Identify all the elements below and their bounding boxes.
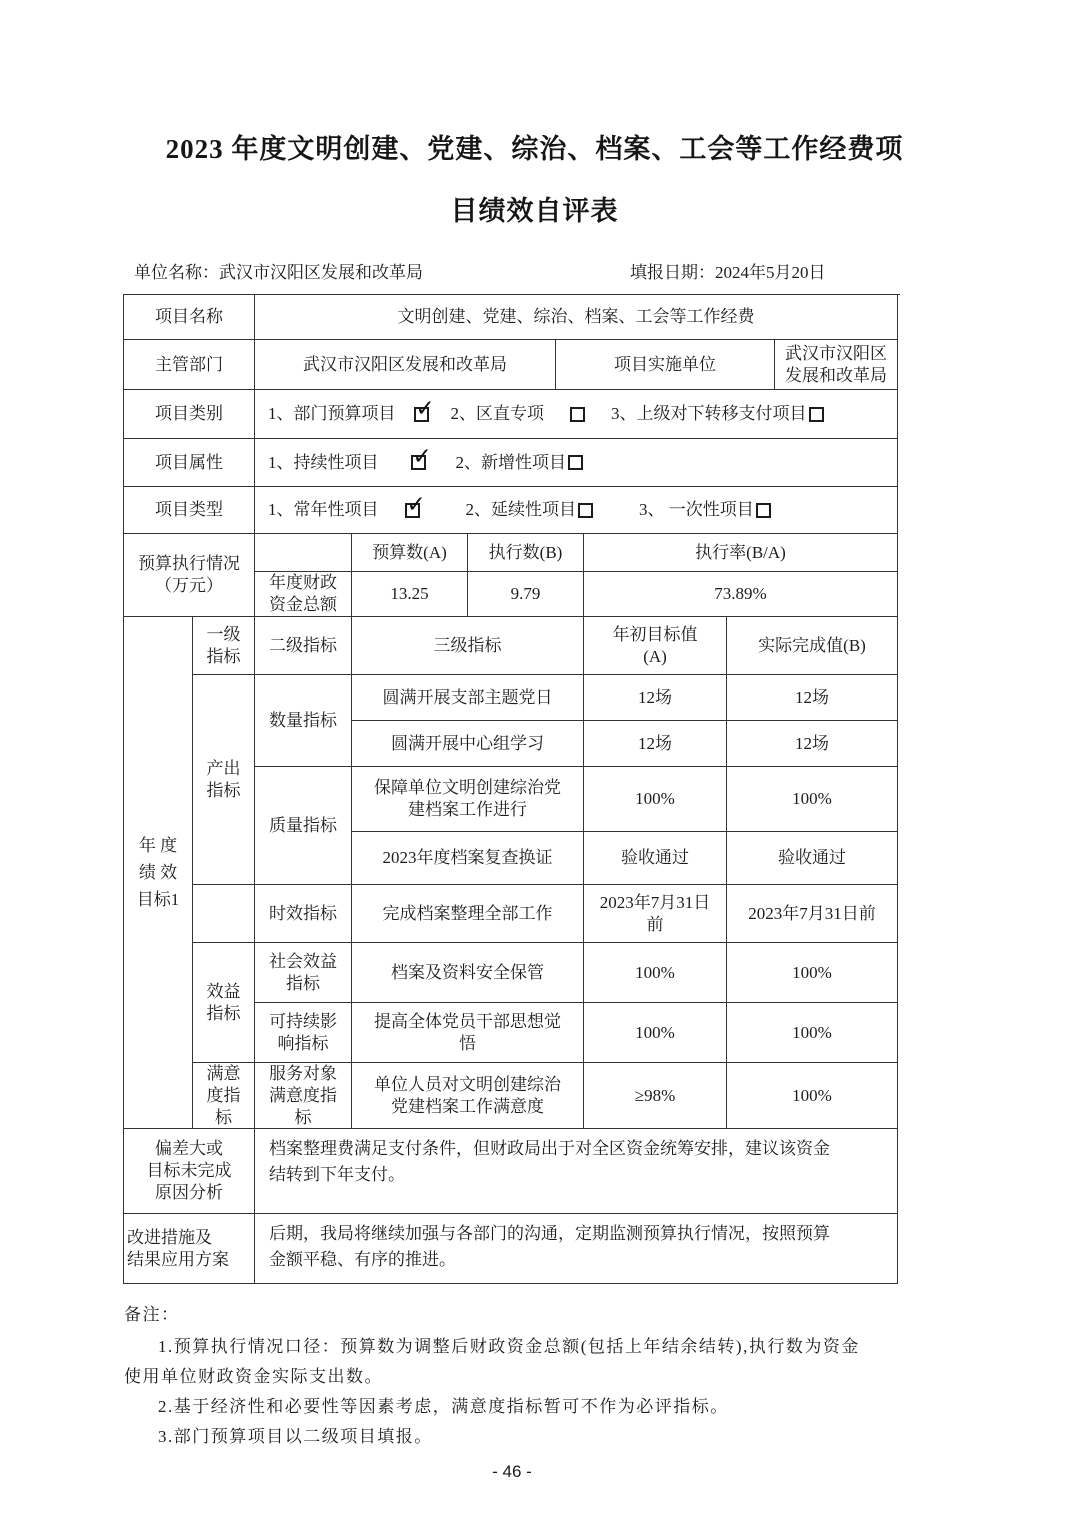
indicator-actual: 100% — [727, 1063, 898, 1129]
level2-time: 时效指标 — [255, 885, 352, 943]
remark-item-1: 1.预算执行情况口径：预算数为调整后财政资金总额(包括上年结余结转),执行数为资… — [124, 1332, 900, 1392]
header-target: 年初目标值 (A) — [584, 617, 727, 675]
document-title: 2023 年度文明创建、党建、综治、档案、工会等工作经费项 目绩效自评表 — [125, 118, 945, 242]
type-option-1: 1、常年性项目 — [268, 499, 379, 521]
remarks-title: 备注： — [124, 1300, 900, 1330]
budget-col-b-header: 执行数(B) — [468, 534, 584, 572]
document-title-line1: 2023 年度文明创建、党建、综治、档案、工会等工作经费项 — [125, 118, 945, 180]
remarks-section: 备注： 1.预算执行情况口径：预算数为调整后财政资金总额(包括上年结余结转),执… — [124, 1300, 900, 1452]
improvement-text: 后期，我局将继续加强与各部门的沟通，定期监测预算执行情况，按照预算 金额平稳、有… — [255, 1214, 898, 1284]
indicator-l3: 2023年度档案复查换证 — [352, 832, 584, 885]
impl-unit-label: 项目实施单位 — [556, 340, 775, 390]
budget-value-a: 13.25 — [352, 572, 468, 617]
header-level2: 二级指标 — [255, 617, 352, 675]
indicator-l3: 提高全体党员干部思想觉悟 — [352, 1003, 584, 1063]
meta-row: 单位名称：武汉市汉阳区发展和改革局 填报日期：2024年5月20日 — [124, 258, 898, 284]
type-option-2: 2、延续性项目 — [466, 499, 577, 521]
report-date-label: 填报日期： — [630, 263, 715, 282]
checkbox-unchecked-icon — [809, 407, 824, 422]
indicator-target: 100% — [584, 767, 727, 832]
indicator-target: 验收通过 — [584, 832, 727, 885]
indicator-target: 100% — [584, 943, 727, 1003]
category-options: 1、部门预算项目 2、区直专项 3、上级对下转移支付项目 — [255, 390, 898, 439]
dept-value: 武汉市汉阳区发展和改革局 — [255, 340, 556, 390]
report-date: 填报日期：2024年5月20日 — [630, 258, 826, 283]
level1-benefit: 效益指标 — [193, 943, 255, 1063]
budget-value-rate: 73.89% — [584, 572, 898, 617]
header-level1: 一级指标 — [193, 617, 255, 675]
budget-value-b: 9.79 — [468, 572, 584, 617]
annual-goal-label: 年 度 绩 效 目标1 — [124, 617, 193, 1129]
checkbox-unchecked-icon — [756, 503, 771, 518]
checkbox-checked-icon — [411, 455, 426, 470]
document-title-line2: 目绩效自评表 — [125, 180, 945, 242]
indicator-actual: 12场 — [727, 675, 898, 721]
project-name-value: 文明创建、党建、综治、档案、工会等工作经费 — [255, 295, 898, 340]
unit-name-label: 单位名称： — [134, 263, 219, 282]
indicator-target: 100% — [584, 1003, 727, 1063]
report-date-value: 2024年5月20日 — [715, 263, 826, 282]
deviation-label: 偏差大或 目标未完成 原因分析 — [124, 1129, 255, 1214]
level2-service: 服务对象满意度指标 — [255, 1063, 352, 1129]
attribute-option-1: 1、持续性项目 — [268, 452, 379, 474]
indicator-target: ≥98% — [584, 1063, 727, 1129]
checkbox-unchecked-icon — [568, 455, 583, 470]
dept-label: 主管部门 — [124, 340, 255, 390]
header-level3: 三级指标 — [352, 617, 584, 675]
evaluation-form-table: 项目名称 文明创建、党建、综治、档案、工会等工作经费 主管部门 武汉市汉阳区发展… — [123, 294, 900, 1284]
checkbox-checked-icon — [405, 503, 420, 518]
indicator-actual: 12场 — [727, 721, 898, 767]
indicator-target: 12场 — [584, 675, 727, 721]
type-option-3: 3、 一次性项目 — [639, 499, 754, 521]
level1-output: 产出指标 — [193, 675, 255, 885]
indicator-target: 12场 — [584, 721, 727, 767]
level2-sustain: 可持续影响指标 — [255, 1003, 352, 1063]
improvement-label: 改进措施及 结果应用方案 — [124, 1214, 255, 1284]
budget-section-label: 预算执行情况 （万元） — [124, 534, 255, 617]
unit-name-value: 武汉市汉阳区发展和改革局 — [219, 263, 423, 282]
indicator-actual: 100% — [727, 943, 898, 1003]
indicator-l3: 圆满开展支部主题党日 — [352, 675, 584, 721]
checkbox-unchecked-icon — [578, 503, 593, 518]
page-number: - 46 - — [124, 1462, 900, 1482]
category-option-2: 2、区直专项 — [451, 403, 545, 425]
indicator-actual: 100% — [727, 1003, 898, 1063]
level1-satisfaction: 满意度指标 — [193, 1063, 255, 1129]
indicator-l3: 单位人员对文明创建综治党建档案工作满意度 — [352, 1063, 584, 1129]
indicator-target: 2023年7月31日前 — [584, 885, 727, 943]
category-option-3: 3、上级对下转移支付项目 — [611, 403, 807, 425]
level2-social: 社会效益指标 — [255, 943, 352, 1003]
indicator-l3: 保障单位文明创建综治党建档案工作进行 — [352, 767, 584, 832]
header-actual: 实际完成值(B) — [727, 617, 898, 675]
unit-name: 单位名称：武汉市汉阳区发展和改革局 — [134, 258, 423, 283]
budget-rate-header: 执行率(B/A) — [584, 534, 898, 572]
indicator-actual: 100% — [727, 767, 898, 832]
attribute-option-2: 2、新增性项目 — [456, 452, 567, 474]
project-name-label: 项目名称 — [124, 295, 255, 340]
indicator-l3: 圆满开展中心组学习 — [352, 721, 584, 767]
type-label: 项目类型 — [124, 487, 255, 534]
checkbox-checked-icon — [414, 407, 429, 422]
budget-row-label: 年度财政资金总额 — [255, 572, 352, 617]
category-label: 项目类别 — [124, 390, 255, 439]
level2-quantity: 数量指标 — [255, 675, 352, 767]
document-page: 2023 年度文明创建、党建、综治、档案、工会等工作经费项 目绩效自评表 单位名… — [0, 0, 1069, 1482]
remark-item-3: 3.部门预算项目以二级项目填报。 — [124, 1422, 900, 1452]
type-options: 1、常年性项目 2、延续性项目 3、 一次性项目 — [255, 487, 898, 534]
level2-quality: 质量指标 — [255, 767, 352, 885]
attribute-label: 项目属性 — [124, 439, 255, 487]
attribute-options: 1、持续性项目 2、新增性项目 — [255, 439, 898, 487]
deviation-text: 档案整理费满足支付条件，但财政局出于对全区资金统筹安排，建议该资金 结转到下年支… — [255, 1129, 898, 1214]
indicator-l3: 档案及资料安全保管 — [352, 943, 584, 1003]
indicator-actual: 2023年7月31日前 — [727, 885, 898, 943]
budget-empty-cell — [255, 534, 352, 572]
checkbox-unchecked-icon — [570, 407, 585, 422]
impl-unit-value: 武汉市汉阳区发展和改革局 — [775, 340, 898, 390]
category-option-1: 1、部门预算项目 — [268, 403, 396, 425]
indicator-l3: 完成档案整理全部工作 — [352, 885, 584, 943]
indicator-actual: 验收通过 — [727, 832, 898, 885]
budget-col-a-header: 预算数(A) — [352, 534, 468, 572]
remark-item-2: 2.基于经济性和必要性等因素考虑，满意度指标暂可不作为必评指标。 — [124, 1392, 900, 1422]
level1-empty — [193, 885, 255, 943]
